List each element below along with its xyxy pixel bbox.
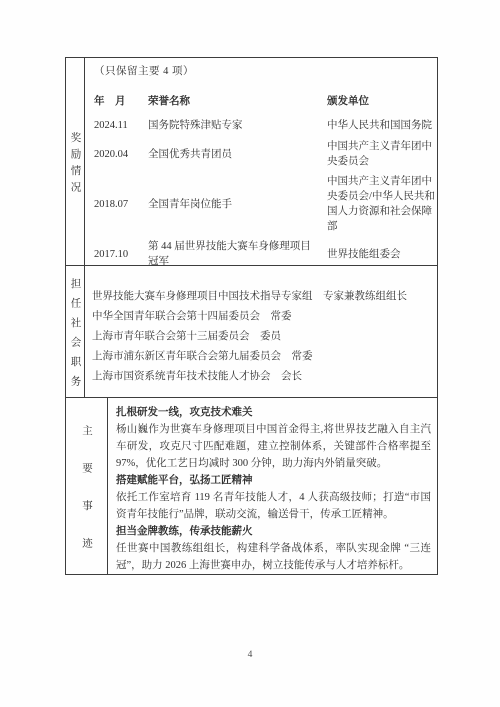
deed-heading: 担当金牌教练，传承技能薪火 — [116, 523, 431, 540]
header-issuer: 颁发单位 — [327, 94, 435, 109]
deed-body: 任世赛中国教练组组长，构建科学备战体系，率队实现金牌 “三连冠”，助力 2026… — [116, 540, 431, 574]
social-position-item: 上海市青年联合会第十三届委员会 委员 — [92, 327, 433, 347]
deeds-row-header: 主要事迹 — [66, 398, 108, 574]
deed-heading: 搭建赋能平台，弘扬工匠精神 — [116, 472, 431, 489]
section-social-positions: 担任社会职务 世界技能大赛车身修理项目中国技术指导专家组 专家兼教练组组长 中华… — [66, 265, 437, 397]
deeds-label: 主要事迹 — [79, 425, 94, 575]
section-awards: 奖励情况 （只保留主要 4 项） 年 月 荣誉名称 颁发单位 2024.11 国… — [66, 58, 437, 265]
resume-table: 奖励情况 （只保留主要 4 项） 年 月 荣誉名称 颁发单位 2024.11 国… — [65, 57, 438, 575]
awards-label: 奖励情况 — [68, 132, 83, 198]
award-row: 2018.07 全国青年岗位能手 中国共产主义青年团中央委员会/中华人民共和国人… — [94, 174, 435, 234]
document-page: 奖励情况 （只保留主要 4 项） 年 月 荣誉名称 颁发单位 2024.11 国… — [0, 0, 500, 707]
social-row-header: 担任社会职务 — [66, 266, 85, 397]
deed-heading: 扎根研发一线，攻克技术难关 — [116, 404, 431, 421]
social-position-item: 上海市浦东新区青年联合会第九届委员会 常委 — [92, 347, 433, 367]
awards-header-row: 年 月 荣誉名称 颁发单位 — [94, 94, 435, 109]
award-row: 2020.04 全国优秀共青团员 中国共产主义青年团中央委员会 — [94, 139, 435, 169]
social-content: 世界技能大赛车身修理项目中国技术指导专家组 专家兼教练组组长 中华全国青年联合会… — [85, 266, 437, 397]
social-position-item: 世界技能大赛车身修理项目中国技术指导专家组 专家兼教练组组长 — [92, 287, 433, 307]
award-honor: 全国优秀共青团员 — [148, 147, 319, 162]
social-position-item: 上海市国资系统青年技术技能人才协会 会长 — [92, 367, 433, 387]
section-main-deeds: 主要事迹 扎根研发一线，攻克技术难关 杨山巍作为世赛车身修理项目中国首金得主,将… — [66, 397, 437, 574]
award-honor: 全国青年岗位能手 — [148, 197, 319, 212]
social-label: 担任社会职务 — [68, 278, 83, 395]
awards-row-header: 奖励情况 — [66, 58, 85, 265]
header-honor-name: 荣誉名称 — [148, 94, 319, 109]
social-position-item: 中华全国青年联合会第十四届委员会 常委 — [92, 307, 433, 327]
awards-note: （只保留主要 4 项） — [94, 65, 435, 79]
award-issuer: 中国共产主义青年团中央委员会 — [327, 139, 435, 169]
awards-content: （只保留主要 4 项） 年 月 荣誉名称 颁发单位 2024.11 国务院特殊津… — [85, 58, 437, 265]
award-issuer: 中华人民共和国国务院 — [327, 118, 435, 133]
award-date: 2024.11 — [94, 118, 140, 133]
page-number: 4 — [0, 650, 500, 660]
award-date: 2017.10 — [94, 247, 140, 262]
award-issuer: 世界技能组委会 — [327, 247, 435, 262]
award-row: 2024.11 国务院特殊津贴专家 中华人民共和国国务院 — [94, 118, 435, 133]
award-honor: 国务院特殊津贴专家 — [148, 118, 319, 133]
award-issuer: 中国共产主义青年团中央委员会/中华人民共和国人力资源和社会保障部 — [327, 174, 435, 234]
deeds-content: 扎根研发一线，攻克技术难关 杨山巍作为世赛车身修理项目中国首金得主,将世界技艺融… — [108, 398, 437, 574]
header-year-month: 年 月 — [94, 94, 140, 109]
deed-body: 杨山巍作为世赛车身修理项目中国首金得主,将世界技艺融入自主汽车研发，攻克尺寸匹配… — [116, 421, 431, 472]
deed-body: 依托工作室培育 119 名青年技能人才，4 人获高级技师；打造“市国资青年技能行… — [116, 489, 431, 523]
award-date: 2020.04 — [94, 147, 140, 162]
award-date: 2018.07 — [94, 197, 140, 212]
